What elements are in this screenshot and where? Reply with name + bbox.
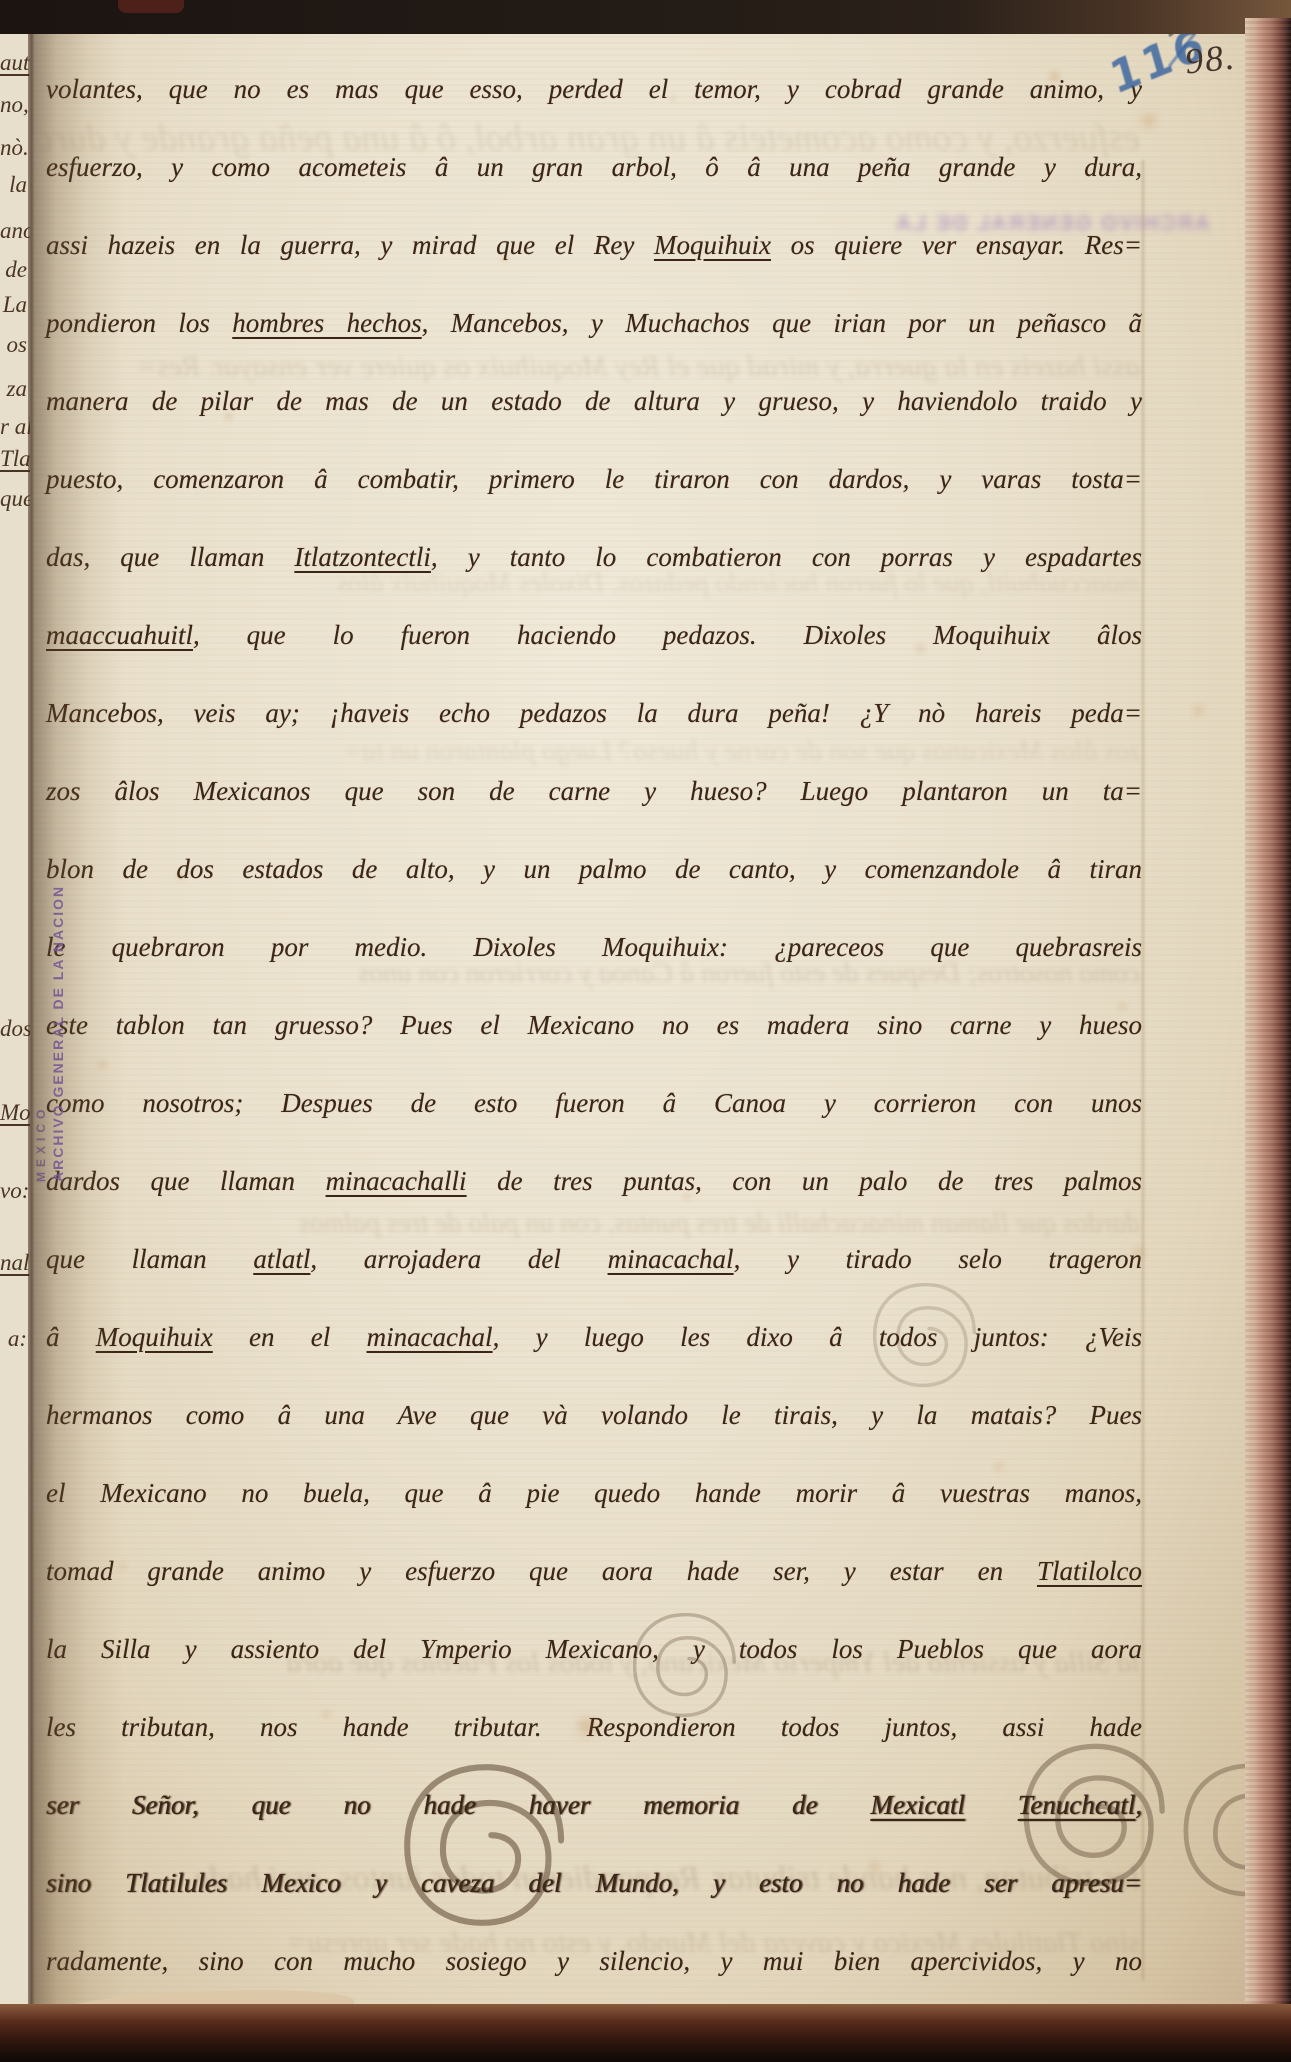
text-segment: , que lo fueron haciendo pedazos. Dixole… <box>193 620 1142 650</box>
gutter-shadow <box>28 20 124 2012</box>
text-line: que llaman atlatl, arrojadera del minaca… <box>46 1220 1142 1298</box>
text-segment: , y luego les dixo â todos juntos: ¿Veis <box>493 1322 1142 1352</box>
gutter-text-fragment: dos <box>0 1016 27 1042</box>
text-segment: esfuerzo, y como acometeis â un gran arb… <box>46 152 1142 182</box>
text-segment: , arrojadera del <box>310 1244 607 1274</box>
text-line: el Mexicano no buela, que â pie quedo ha… <box>46 1454 1142 1532</box>
text-line: esfuerzo, y como acometeis â un gran arb… <box>46 128 1142 206</box>
underlined-word: minacachal <box>367 1322 493 1352</box>
text-line: dardos que llaman minacachalli de tres p… <box>46 1142 1142 1220</box>
manuscript-text: volantes, que no es mas que esso, perded… <box>46 50 1142 2000</box>
text-segment: puesto, comenzaron â combatir, primero l… <box>46 464 1142 494</box>
gutter-text-fragment: Tlax= <box>0 446 27 472</box>
gutter-text-fragment: aut <box>0 50 27 76</box>
gutter-text-fragment: za <box>0 376 27 402</box>
text-segment: radamente, sino con mucho sosiego y sile… <box>46 1946 1142 1976</box>
text-segment: hermanos como â una Ave que và volando l… <box>46 1400 1142 1430</box>
text-line: puesto, comenzaron â combatir, primero l… <box>46 440 1142 518</box>
gutter-text-fragment: nal <box>0 1250 27 1276</box>
text-line: radamente, sino con mucho sosiego y sile… <box>46 1922 1142 2000</box>
text-segment: assi hazeis en la guerra, y mirad que el… <box>46 230 654 260</box>
gutter-text-fragment: Mo: <box>0 1100 27 1126</box>
underlined-word: minacachalli <box>326 1166 467 1196</box>
underlined-word: atlatl <box>253 1244 310 1274</box>
text-line: hermanos como â una Ave que và volando l… <box>46 1376 1142 1454</box>
gutter-text-fragment: que <box>0 486 27 512</box>
underlined-word: Mexicatl <box>870 1790 964 1820</box>
underlined-word: Tlatilolco <box>1037 1556 1142 1586</box>
text-line: â Moquihuix en el minacachal, y luego le… <box>46 1298 1142 1376</box>
text-line: pondieron los hombres hechos, Mancebos, … <box>46 284 1142 362</box>
text-segment <box>965 1790 1018 1820</box>
text-line: sino Tlatilules Mexico y caveza del Mund… <box>46 1844 1142 1922</box>
gutter-crease <box>30 20 33 2012</box>
text-segment: ser Señor, que no hade haver memoria de <box>46 1790 870 1820</box>
text-segment: tomad grande animo y esfuerzo que aora h… <box>46 1556 1037 1586</box>
text-line: zos âlos Mexicanos que son de carne y hu… <box>46 752 1142 830</box>
underlined-word: Moquihuix <box>654 230 771 260</box>
text-segment: zos âlos Mexicanos que son de carne y hu… <box>46 776 1142 806</box>
gutter-text-fragment: a: <box>0 1326 27 1352</box>
text-segment: les tributan, nos hande tributar. Respon… <box>46 1712 1142 1742</box>
text-line: manera de pilar de mas de un estado de a… <box>46 362 1142 440</box>
underlined-word: minacachal <box>608 1244 734 1274</box>
gutter-text-fragment: anos <box>0 218 27 244</box>
text-segment: blon de dos estados de alto, y un palmo … <box>46 854 1142 884</box>
text-segment: el Mexicano no buela, que â pie quedo ha… <box>46 1478 1142 1508</box>
text-segment: este tablon tan gruesso? Pues el Mexican… <box>46 1010 1142 1040</box>
facing-page-edge: autno,nò.laanosdeLaoszar alTlax=quedosMo… <box>0 20 30 2010</box>
gutter-text-fragment: no, <box>0 92 27 118</box>
text-segment: como nosotros; Despues de esto fueron â … <box>46 1088 1142 1118</box>
binding-top-edge <box>0 0 1291 34</box>
text-segment: , y tirado selo trageron <box>734 1244 1142 1274</box>
text-line: la Silla y assiento del Ymperio Mexicano… <box>46 1610 1142 1688</box>
text-line: assi hazeis en la guerra, y mirad que el… <box>46 206 1142 284</box>
text-line: volantes, que no es mas que esso, perded… <box>46 50 1142 128</box>
gutter-text-fragment: de <box>0 257 27 283</box>
folio-number: 98. <box>1183 35 1238 82</box>
text-line: este tablon tan gruesso? Pues el Mexican… <box>46 986 1142 1064</box>
underlined-word: Itlatzontectli <box>294 542 430 572</box>
text-line: les tributan, nos hande tributar. Respon… <box>46 1688 1142 1766</box>
manuscript-scan: autno,nò.laanosdeLaoszar alTlax=quedosMo… <box>0 0 1291 2062</box>
text-line: blon de dos estados de alto, y un palmo … <box>46 830 1142 908</box>
underlined-word: Tenuchcatl <box>1018 1790 1136 1820</box>
page-stack-edge <box>1245 18 1291 2062</box>
binding-maroon-patch <box>118 0 184 13</box>
underlined-word: hombres hechos <box>232 308 421 338</box>
text-segment: , <box>1135 1790 1142 1820</box>
text-line: Mancebos, veis ay; ¡haveis echo pedazos … <box>46 674 1142 752</box>
text-segment: manera de pilar de mas de un estado de a… <box>46 386 1142 416</box>
text-segment: de tres puntas, con un palo de tres palm… <box>467 1166 1142 1196</box>
gutter-text-fragment: nò. <box>0 135 27 161</box>
text-line: le quebraron por medio. Dixoles Moquihui… <box>46 908 1142 986</box>
text-line: ser Señor, que no hade haver memoria de … <box>46 1766 1142 1844</box>
gutter-text-fragment: La <box>0 292 27 318</box>
text-line: das, que llaman Itlatzontectli, y tanto … <box>46 518 1142 596</box>
text-segment: , Mancebos, y Muchachos que irian por un… <box>422 308 1142 338</box>
text-segment: le quebraron por medio. Dixoles Moquihui… <box>46 932 1142 962</box>
page-crease <box>1142 160 1144 1980</box>
gutter-text-fragment: r al <box>0 414 27 440</box>
text-segment: volantes, que no es mas que esso, perded… <box>46 74 1142 104</box>
text-segment: os quiere ver ensayar. Res= <box>771 230 1142 260</box>
text-line: tomad grande animo y esfuerzo que aora h… <box>46 1532 1142 1610</box>
gutter-text-fragment: os <box>0 332 27 358</box>
text-segment: la Silla y assiento del Ymperio Mexicano… <box>46 1634 1142 1664</box>
text-line: como nosotros; Despues de esto fueron â … <box>46 1064 1142 1142</box>
gutter-text-fragment: vo: <box>0 1178 27 1204</box>
binding-bottom-edge <box>0 2004 1291 2062</box>
text-segment: Mancebos, veis ay; ¡haveis echo pedazos … <box>46 698 1142 728</box>
manuscript-page: esfuerzo, y como acometeis â un gran arb… <box>30 20 1258 2012</box>
gutter-text-fragment: la <box>0 172 27 198</box>
text-segment: sino Tlatilules Mexico y caveza del Mund… <box>46 1868 1142 1898</box>
text-segment: en el <box>213 1322 367 1352</box>
text-line: maaccuahuitl, que lo fueron haciendo ped… <box>46 596 1142 674</box>
text-segment: , y tanto lo combatieron con porras y es… <box>431 542 1142 572</box>
